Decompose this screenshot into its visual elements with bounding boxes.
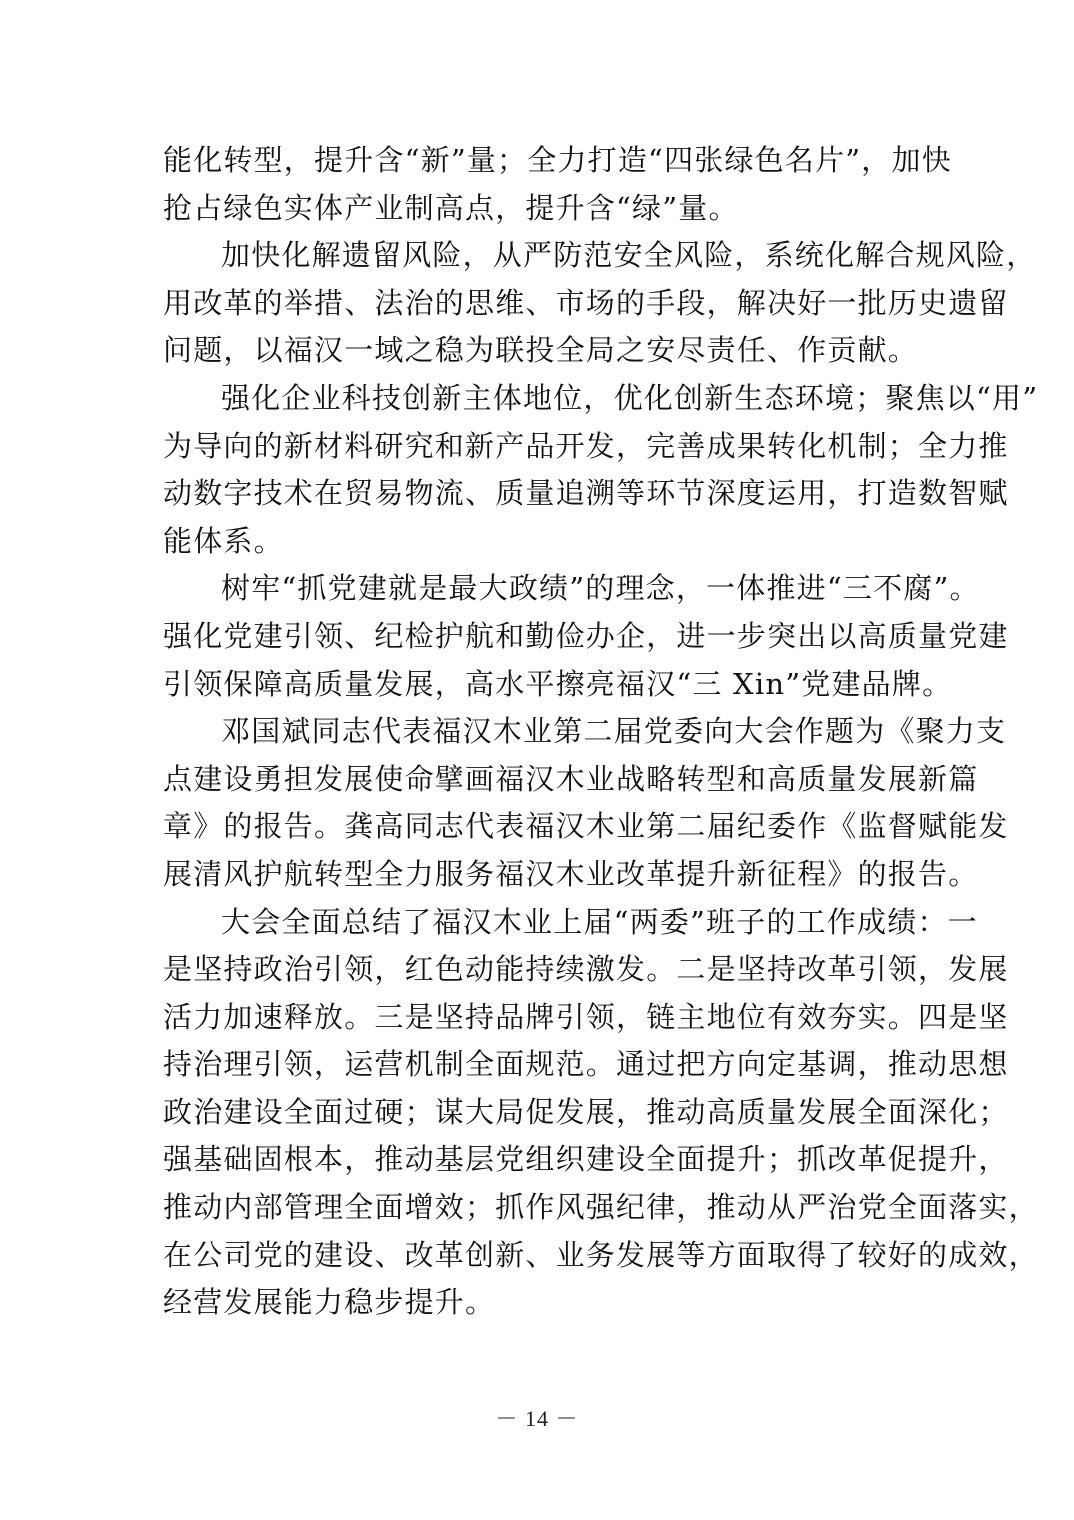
text-line: 强化党建引领、纪检护航和勤俭办企，进一步突出以高质量党建 (163, 613, 913, 661)
page-number: － 14 － (0, 1402, 1074, 1433)
text-line: 大会全面总结了福汉木业上届“两委”班子的工作成绩：一 (163, 899, 913, 947)
text-line: 用改革的举措、法治的思维、市场的手段，解决好一批历史遗留 (163, 280, 913, 328)
paragraph: 强化企业科技创新主体地位，优化创新生态环境；聚焦以“用” 为导向的新材料研究和新… (163, 375, 913, 565)
text-line: 能体系。 (163, 518, 913, 566)
document-page: 能化转型，提升含“新”量；全力打造“四张绿色名片”，加快 抢占绿色实体产业制高点… (0, 0, 1074, 1520)
text-line: 邓国斌同志代表福汉木业第二届党委向大会作题为《聚力支 (163, 708, 913, 756)
paragraph: 树牢“抓党建就是最大政绩”的理念，一体推进“三不腐”。 强化党建引领、纪检护航和… (163, 565, 913, 708)
text-line: 展清风护航转型全力服务福汉木业改革提升新征程》的报告。 (163, 851, 913, 899)
text-line: 活力加速释放。三是坚持品牌引领，链主地位有效夯实。四是坚 (163, 994, 913, 1042)
text-line: 持治理引领，运营机制全面规范。通过把方向定基调，推动思想 (163, 1041, 913, 1089)
text-line: 引领保障高质量发展，高水平擦亮福汉“三 Xin”党建品牌。 (163, 661, 913, 709)
text-line: 点建设勇担发展使命擘画福汉木业战略转型和高质量发展新篇 (163, 756, 913, 804)
text-line: 强基础固根本，推动基层党组织建设全面提升；抓改革促提升， (163, 1136, 913, 1184)
text-line: 动数字技术在贸易物流、质量追溯等环节深度运用，打造数智赋 (163, 470, 913, 518)
text-line: 问题，以福汉一域之稳为联投全局之安尽责任、作贡献。 (163, 327, 913, 375)
document-body: 能化转型，提升含“新”量；全力打造“四张绿色名片”，加快 抢占绿色实体产业制高点… (163, 137, 913, 1327)
text-line: 抢占绿色实体产业制高点，提升含“绿”量。 (163, 185, 913, 233)
text-line: 为导向的新材料研究和新产品开发，完善成果转化机制；全力推 (163, 423, 913, 471)
text-line: 经营发展能力稳步提升。 (163, 1279, 913, 1327)
text-line: 能化转型，提升含“新”量；全力打造“四张绿色名片”，加快 (163, 137, 913, 185)
paragraph: 邓国斌同志代表福汉木业第二届党委向大会作题为《聚力支 点建设勇担发展使命擘画福汉… (163, 708, 913, 898)
text-line: 政治建设全面过硬；谋大局促发展，推动高质量发展全面深化； (163, 1089, 913, 1137)
paragraph: 大会全面总结了福汉木业上届“两委”班子的工作成绩：一 是坚持政治引领，红色动能持… (163, 899, 913, 1327)
text-line: 章》的报告。龚高同志代表福汉木业第二届纪委作《监督赋能发 (163, 803, 913, 851)
text-line: 加快化解遗留风险，从严防范安全风险，系统化解合规风险， (163, 232, 913, 280)
text-line: 在公司党的建设、改革创新、业务发展等方面取得了较好的成效， (163, 1232, 913, 1280)
paragraph: 能化转型，提升含“新”量；全力打造“四张绿色名片”，加快 抢占绿色实体产业制高点… (163, 137, 913, 232)
text-line: 树牢“抓党建就是最大政绩”的理念，一体推进“三不腐”。 (163, 565, 913, 613)
text-line: 是坚持政治引领，红色动能持续激发。二是坚持改革引领，发展 (163, 946, 913, 994)
text-line: 强化企业科技创新主体地位，优化创新生态环境；聚焦以“用” (163, 375, 913, 423)
paragraph: 加快化解遗留风险，从严防范安全风险，系统化解合规风险， 用改革的举措、法治的思维… (163, 232, 913, 375)
text-line: 推动内部管理全面增效；抓作风强纪律，推动从严治党全面落实， (163, 1184, 913, 1232)
